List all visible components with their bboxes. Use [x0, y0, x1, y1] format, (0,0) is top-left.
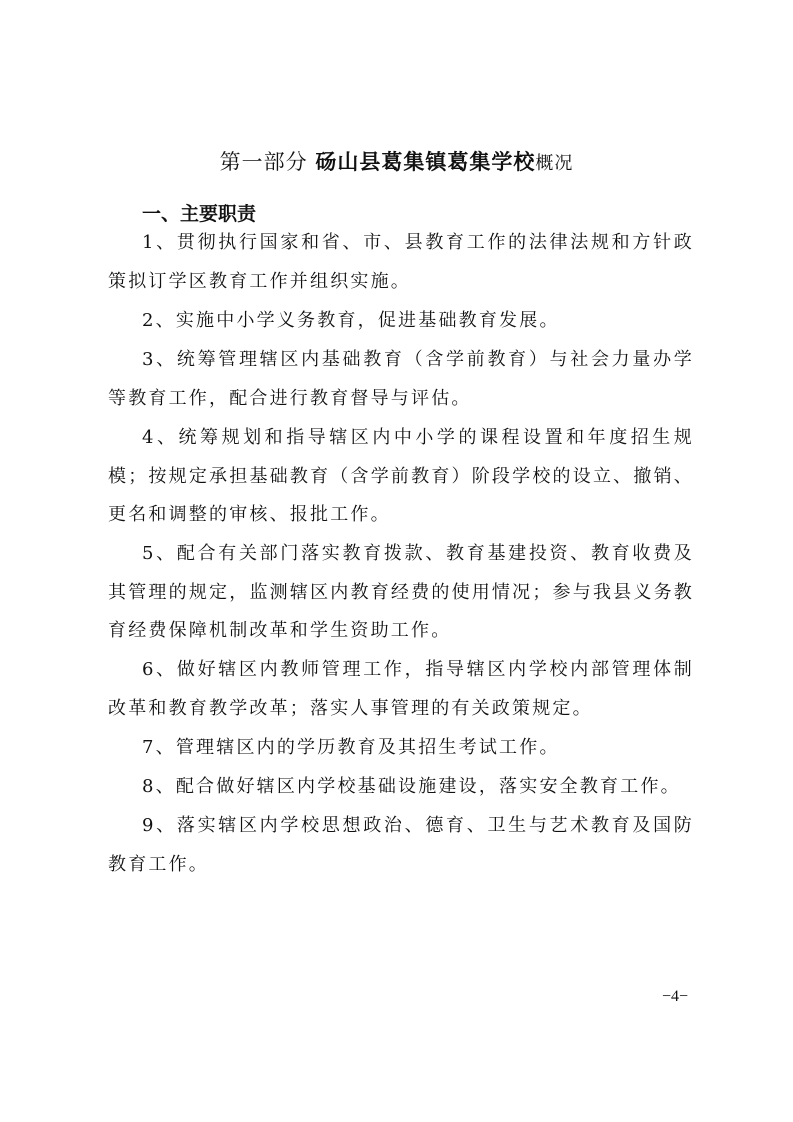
paragraph-2: 2、实施中小学义务教育，促进基础教育发展。	[108, 302, 694, 341]
paragraph-6: 6、做好辖区内教师管理工作，指导辖区内学校内部管理体制改革和教育教学改革；落实人…	[108, 651, 694, 728]
paragraph-5: 5、配合有关部门落实教育拨款、教育基建投资、教育收费及其管理的规定，监测辖区内教…	[108, 535, 694, 651]
title-part: 第一部分	[220, 150, 308, 174]
paragraph-4: 4、统筹规划和指导辖区内中小学的课程设置和年度招生规模；按规定承担基础教育（含学…	[108, 419, 694, 535]
paragraph-7: 7、管理辖区内的学历教育及其招生考试工作。	[108, 729, 694, 768]
section-heading: 一、主要职责	[142, 199, 256, 226]
paragraph-8: 8、配合做好辖区内学校基础设施建设，落实安全教育工作。	[108, 768, 694, 807]
paragraph-9: 9、落实辖区内学校思想政治、德育、卫生与艺术教育及国防教育工作。	[108, 807, 694, 884]
page-number: −4−	[662, 988, 688, 1006]
title-suffix: 概况	[535, 153, 573, 174]
page-title: 第一部分 砀山县葛集镇葛集学校概况	[0, 146, 793, 176]
paragraph-3: 3、统筹管理辖区内基础教育（含学前教育）与社会力量办学等教育工作，配合进行教育督…	[108, 341, 694, 418]
title-school-name: 砀山县葛集镇葛集学校	[315, 150, 535, 174]
paragraph-1: 1、贯彻执行国家和省、市、县教育工作的法律法规和方针政策拟订学区教育工作并组织实…	[108, 224, 694, 301]
